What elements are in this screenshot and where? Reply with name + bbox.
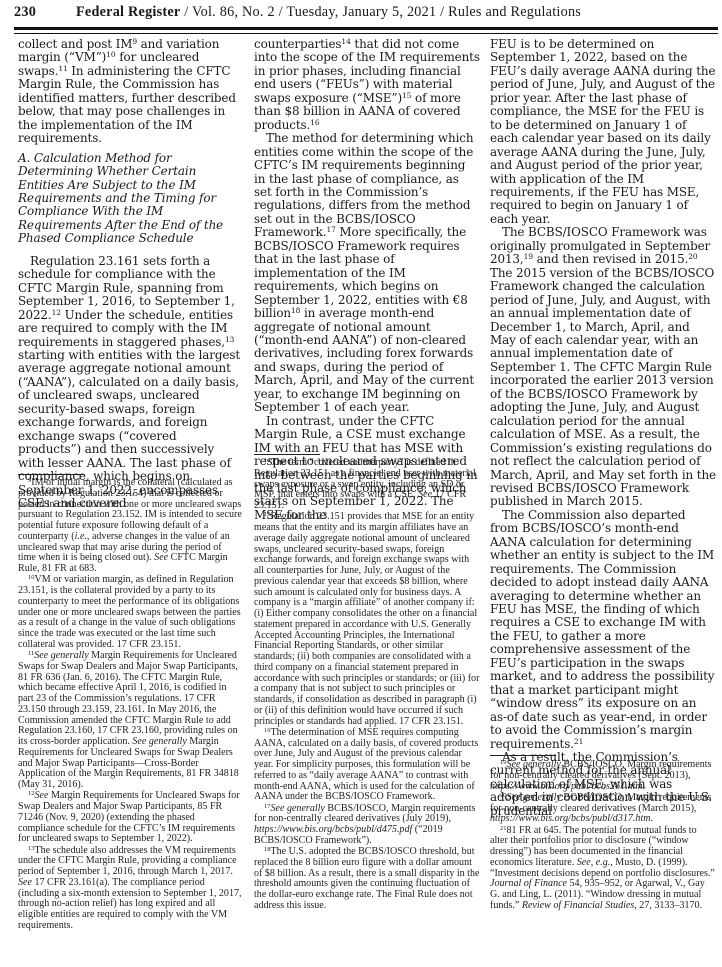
- paragraph: The BCBS/IOSCO Framework was originally …: [490, 226, 716, 509]
- separator: /: [180, 4, 192, 20]
- volume-issue: Vol. 86, No. 2: [192, 4, 275, 20]
- footnote-15: 15Regulation 23.151 provides that MSE fo…: [254, 512, 480, 727]
- paragraph: The method for determining which entitie…: [254, 132, 480, 415]
- separator: /: [275, 4, 287, 20]
- footnote-rule: [490, 755, 556, 756]
- footnote-ref[interactable]: 13: [225, 335, 234, 344]
- footnote-10: 10VM or variation margin, as defined in …: [18, 575, 242, 650]
- footnote-ref[interactable]: 20: [688, 252, 697, 261]
- column-2-footnotes: 14The term “covered counterparty” is def…: [254, 458, 480, 912]
- footnote-19: 19See generally BCBS/IOSCO, Margin requi…: [490, 760, 716, 792]
- footnote-18: 18The U.S. adopted the BCBS/IOSCO thresh…: [254, 847, 480, 912]
- footnote-13: 13The schedule also addresses the VM req…: [18, 846, 242, 932]
- column-2-body: counterparties14 that did not come into …: [254, 38, 480, 522]
- footnote-ref[interactable]: 17: [326, 225, 335, 234]
- footnote-rule: [18, 474, 84, 475]
- footnote-rule: [254, 454, 320, 455]
- footnote-12: 12See Margin Requirements for Uncleared …: [18, 791, 242, 845]
- footnote-ref[interactable]: 19: [524, 252, 533, 261]
- running-head: Federal Register / Vol. 86, No. 2 / Tues…: [76, 4, 581, 21]
- issue-date: Tuesday, January 5, 2021: [286, 4, 436, 20]
- paragraph: collect and post IM9 and variation margi…: [18, 38, 242, 146]
- footnote-16: 16The determination of MSE requires comp…: [254, 728, 480, 803]
- footnote-9: 9IM or initial margin is the collateral …: [18, 478, 242, 575]
- paragraph: counterparties14 that did not come into …: [254, 38, 480, 132]
- header-rule-thin: [14, 33, 718, 34]
- footnote-ref[interactable]: 11: [58, 64, 67, 73]
- column-3-footnotes: 19See generally BCBS/IOSCO, Margin requi…: [490, 760, 716, 912]
- footnote-ref[interactable]: 14: [341, 37, 350, 46]
- publication-name: Federal Register: [76, 4, 180, 20]
- footnote-ref[interactable]: 21: [574, 737, 583, 746]
- paragraph: FEU is to be determined on September 1, …: [490, 38, 716, 226]
- url-link[interactable]: https://www.bis.org/bcbs/publ/d317.htm: [490, 813, 651, 824]
- url-link[interactable]: https://www.bis.org/bcbs/publ/d475.pdf: [254, 824, 412, 835]
- page-header: 230 Federal Register / Vol. 86, No. 2 / …: [14, 2, 714, 24]
- footnote-20: 20See generally BCBS/IOSCO, Margin requi…: [490, 793, 716, 825]
- footnote-ref[interactable]: 10: [106, 50, 115, 59]
- header-rule-thick: [14, 27, 718, 30]
- footnote-ref[interactable]: 15: [402, 91, 411, 100]
- footnote-ref[interactable]: 12: [52, 308, 61, 317]
- column-1-footnotes: 9IM or initial margin is the collateral …: [18, 478, 242, 932]
- paragraph: The Commission also departed from BCBS/I…: [490, 509, 716, 751]
- page-number: 230: [14, 4, 36, 21]
- footnote-17: 17See generally BCBS/IOSCO, Margin requi…: [254, 804, 480, 847]
- footnote-14: 14The term “covered counterparty” is def…: [254, 458, 480, 512]
- section-heading: A. Calculation Method for Determining Wh…: [18, 152, 242, 246]
- footnote-21: 2181 FR at 645. The potential for mutual…: [490, 826, 716, 912]
- column-1-body: collect and post IM9 and variation margi…: [18, 38, 242, 510]
- paragraph: Regulation 23.161 sets forth a schedule …: [18, 255, 242, 511]
- footnote-ref[interactable]: 18: [291, 306, 300, 315]
- url-link[interactable]: https://www.bis.org/publ/bcbs261.htm: [490, 781, 643, 792]
- separator: /: [436, 4, 448, 20]
- column-3-body: FEU is to be determined on September 1, …: [490, 38, 716, 818]
- footnote-ref[interactable]: 16: [310, 118, 319, 127]
- footnote-11: 11See generally Margin Requirements for …: [18, 651, 242, 791]
- section-name: Rules and Regulations: [448, 4, 581, 20]
